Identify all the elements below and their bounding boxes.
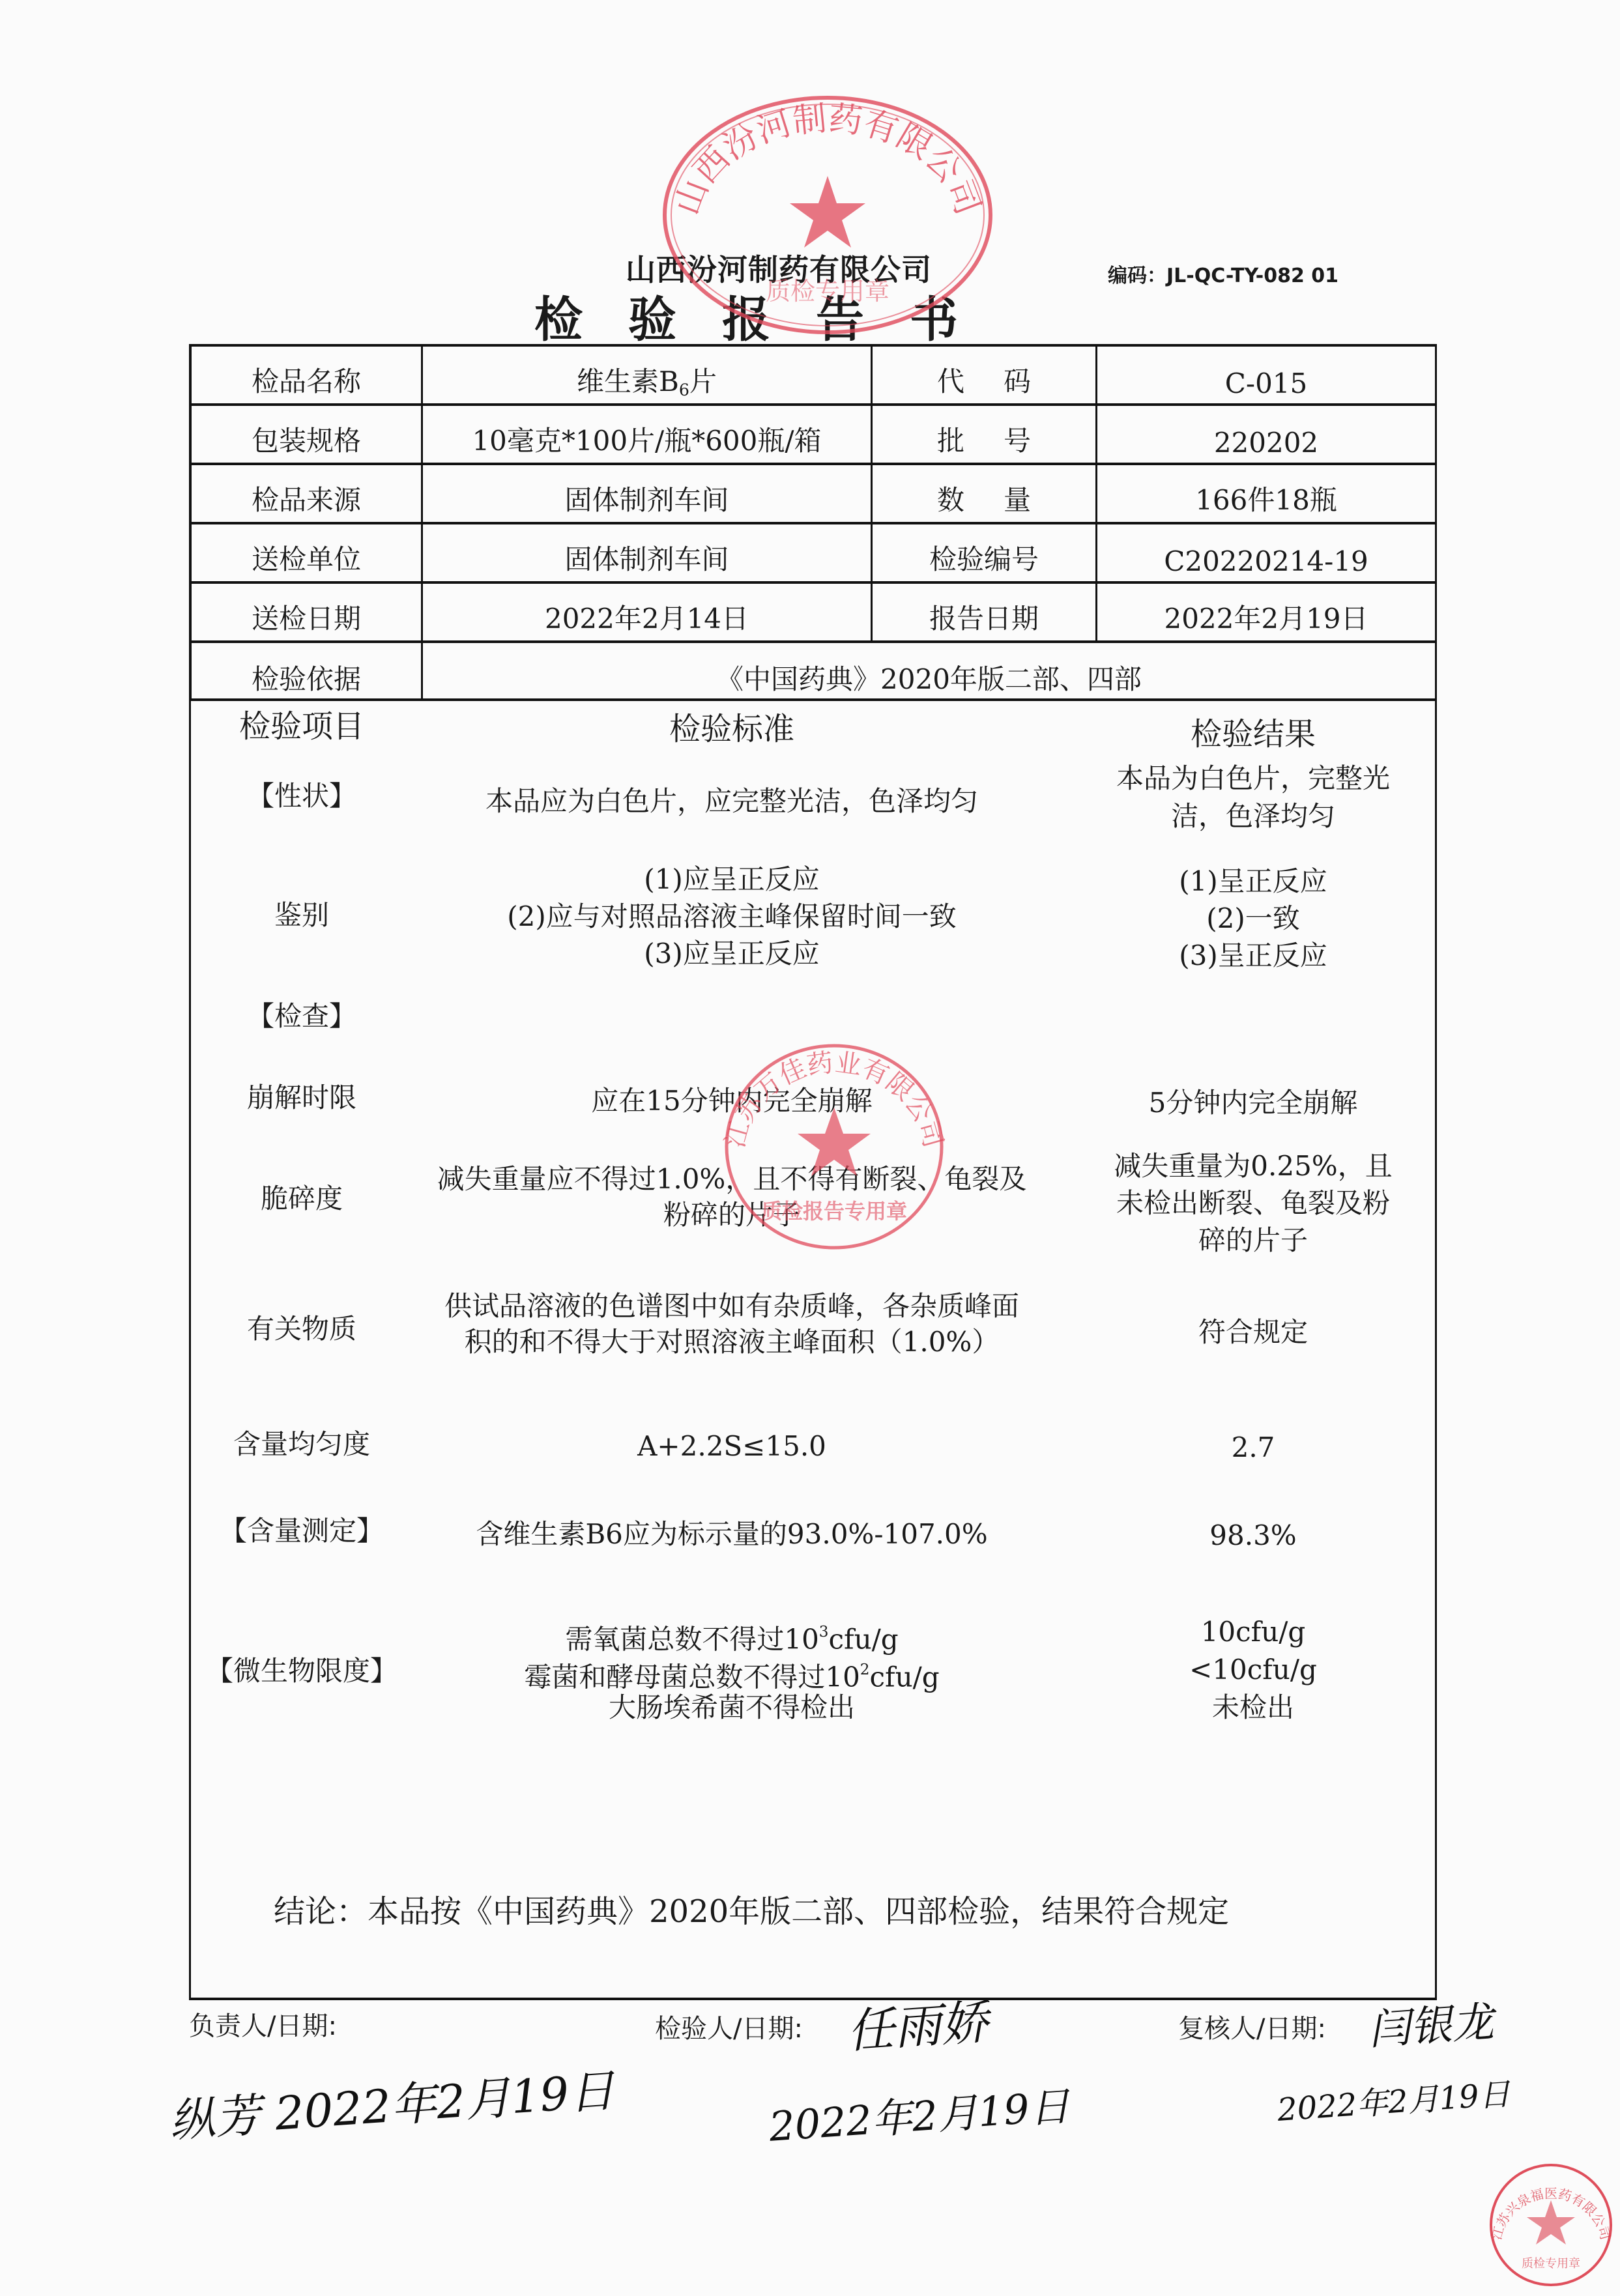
inspector-signature: 任雨娇: [845, 1984, 990, 2061]
label-submit-date: 送检日期: [192, 584, 423, 640]
info-row-submitter: 送检单位 固体制剂车间 检验编号 C20220214-19: [192, 524, 1435, 584]
info-row-package: 包装规格 10毫克*100片/瓶*600瓶/箱 批号 220202: [192, 406, 1435, 465]
result-friability-3: 碎的片子: [1071, 1222, 1436, 1259]
item-identification: 鉴别: [191, 897, 412, 934]
label-submitter: 送检单位: [192, 524, 423, 581]
value-basis: 《中国药典》2020年版二部、四部: [423, 643, 1435, 701]
label-batch: 批号: [873, 406, 1097, 463]
header-result: 检验结果: [1071, 715, 1436, 753]
label-package: 包装规格: [192, 406, 423, 463]
standard-friability-1: 减失重量应不得过1.0%，且不得有断裂、龟裂及: [393, 1160, 1071, 1198]
standard-microbial-3: 大肠埃希菌不得检出: [393, 1689, 1071, 1727]
svg-text:江苏兴泉福医药有限公司: 江苏兴泉福医药有限公司: [1488, 2185, 1613, 2241]
item-assay: 【含量测定】: [191, 1512, 412, 1550]
value-report-date: 2022年2月19日: [1097, 584, 1435, 640]
standard-friability-2: 粉碎的片子: [393, 1196, 1071, 1234]
page-title: 检验报告书: [534, 281, 1004, 351]
document-code: 编码：JL-QC-TY-082 01: [1108, 259, 1338, 288]
result-identification-1: (1)呈正反应: [1071, 863, 1436, 900]
result-related-substances: 符合规定: [1071, 1313, 1436, 1351]
label-sample-name: 检品名称: [192, 347, 423, 403]
result-friability-1: 减失重量为0.25%，且: [1071, 1147, 1436, 1185]
label-code: 代码: [873, 347, 1097, 403]
distributor-seal-icon: 江苏兴泉福医药有限公司 质检专用章: [1486, 2160, 1616, 2290]
info-table: 检品名称 维生素B6片 代码 C-015 包装规格 10毫克*100片/瓶*60…: [189, 344, 1437, 701]
label-source: 检品来源: [192, 465, 423, 522]
standard-related-substances-2: 积的和不得大于对照溶液主峰面积（1.0%）: [393, 1323, 1071, 1361]
item-disintegration: 崩解时限: [191, 1079, 412, 1117]
value-submit-date: 2022年2月14日: [423, 584, 873, 640]
section-inspection: 【检查】: [191, 997, 412, 1035]
responsible-label: 负责人/日期:: [189, 2005, 337, 2043]
item-friability: 脆碎度: [191, 1180, 412, 1218]
standard-identification-1: (1)应呈正反应: [393, 861, 1071, 898]
result-content-uniformity: 2.7: [1071, 1429, 1436, 1467]
standard-assay: 含维生素B6应为标示量的93.0%-107.0%: [393, 1515, 1071, 1553]
label-basis: 检验依据: [192, 643, 423, 701]
info-row-dates: 送检日期 2022年2月14日 报告日期 2022年2月19日: [192, 584, 1435, 643]
item-appearance: 【性状】: [191, 777, 412, 815]
standard-identification-3: (3)应呈正反应: [393, 935, 1071, 973]
info-row-basis: 检验依据 《中国药典》2020年版二部、四部: [192, 643, 1435, 701]
reviewer-date: 2022年2月19日: [1276, 2069, 1512, 2130]
responsible-signature: 纵芳 2022年2月19日: [167, 2054, 616, 2150]
result-appearance-2: 洁，色泽均匀: [1071, 797, 1436, 835]
info-row-sample-name: 检品名称 维生素B6片 代码 C-015: [192, 347, 1435, 406]
result-identification-3: (3)呈正反应: [1071, 937, 1436, 975]
svg-text:山西汾河制药有限公司: 山西汾河制药有限公司: [668, 99, 988, 220]
standard-content-uniformity: A+2.2S≤15.0: [393, 1428, 1071, 1465]
result-appearance-1: 本品为白色片，完整光: [1071, 760, 1436, 797]
info-row-source: 检品来源 固体制剂车间 数量 166件18瓶: [192, 465, 1435, 524]
result-disintegration: 5分钟内完全崩解: [1071, 1084, 1436, 1122]
standard-identification-2: (2)应与对照品溶液主峰保留时间一致: [393, 898, 1071, 936]
inspector-date: 2022年2月19日: [767, 2074, 1071, 2153]
result-assay: 98.3%: [1071, 1517, 1436, 1555]
item-related-substances: 有关物质: [191, 1310, 412, 1348]
result-friability-2: 未检出断裂、龟裂及粉: [1071, 1184, 1436, 1222]
standard-related-substances-1: 供试品溶液的色谱图中如有杂质峰，各杂质峰面: [393, 1287, 1071, 1325]
value-quantity: 166件18瓶: [1097, 465, 1435, 522]
conclusion: 结论：本品按《中国药典》2020年版二部、四部检验，结果符合规定: [274, 1893, 1229, 1930]
result-microbial-2: <10cfu/g: [1071, 1651, 1436, 1689]
standard-appearance: 本品应为白色片，应完整光洁，色泽均匀: [393, 782, 1071, 820]
header-item: 检验项目: [191, 708, 412, 745]
inspector-label: 检验人/日期:: [655, 2008, 803, 2045]
value-code: C-015: [1097, 347, 1435, 403]
standard-disintegration: 应在15分钟内完全崩解: [393, 1082, 1071, 1120]
header-standard: 检验标准: [393, 710, 1071, 748]
value-batch: 220202: [1097, 406, 1435, 463]
value-sample-name: 维生素B6片: [423, 347, 873, 403]
reviewer-label: 复核人/日期:: [1178, 2008, 1326, 2045]
value-package: 10毫克*100片/瓶*600瓶/箱: [423, 406, 873, 463]
item-microbial: 【微生物限度】: [191, 1652, 412, 1690]
label-quantity: 数量: [873, 465, 1097, 522]
item-content-uniformity: 含量均匀度: [191, 1426, 412, 1463]
value-test-number: C20220214-19: [1097, 524, 1435, 581]
results-box: 检验项目 检验标准 检验结果 【性状】 本品应为白色片，应完整光洁，色泽均匀 本…: [189, 701, 1437, 2000]
result-microbial-3: 未检出: [1071, 1689, 1436, 1727]
value-source: 固体制剂车间: [423, 465, 873, 522]
label-test-number: 检验编号: [873, 524, 1097, 581]
result-microbial-1: 10cfu/g: [1071, 1613, 1436, 1651]
reviewer-signature: 闫银龙: [1367, 1988, 1496, 2057]
label-report-date: 报告日期: [873, 584, 1097, 640]
svg-text:质检专用章: 质检专用章: [1522, 2257, 1580, 2271]
result-identification-2: (2)一致: [1071, 900, 1436, 938]
value-submitter: 固体制剂车间: [423, 524, 873, 581]
